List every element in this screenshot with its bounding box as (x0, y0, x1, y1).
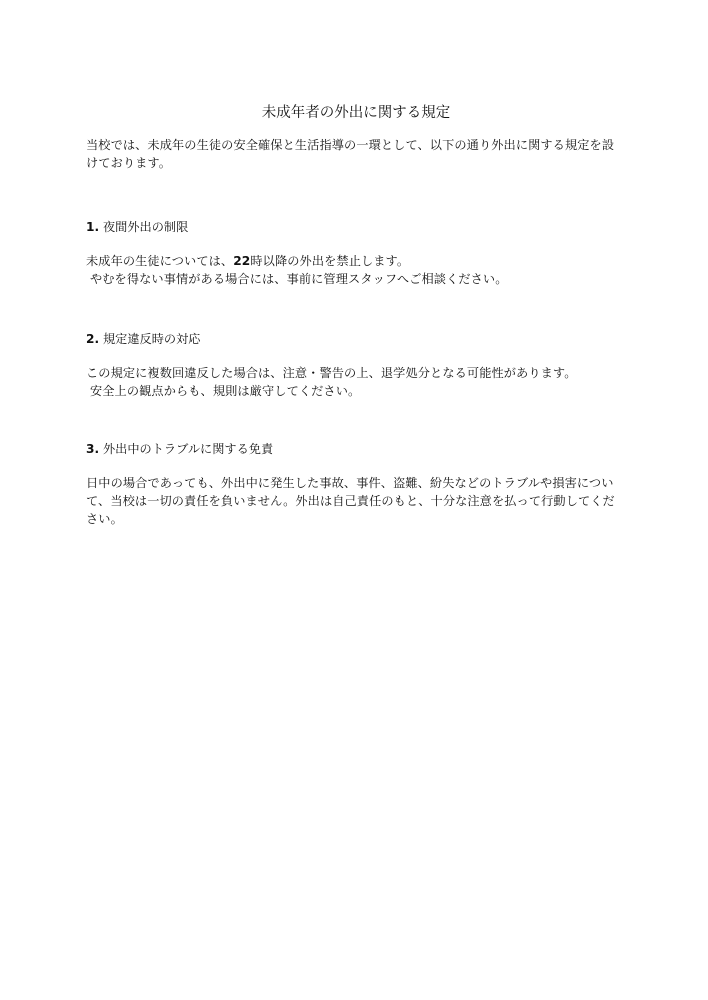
section-number: 2. (86, 332, 99, 346)
section-body: この規定に複数回違反した場合は、注意・警告の上、退学処分となる可能性があります。… (86, 364, 626, 400)
section-heading-text: 夜間外出の制限 (103, 220, 188, 234)
section-line: この規定に複数回違反した場合は、注意・警告の上、退学処分となる可能性があります。 (86, 364, 626, 382)
section-heading: 2. 規定違反時の対応 (86, 330, 626, 348)
section-violation-response: 2. 規定違反時の対応 この規定に複数回違反した場合は、注意・警告の上、退学処分… (86, 330, 626, 400)
section-liability-disclaimer: 3. 外出中のトラブルに関する免責 日中の場合であっても、外出中に発生した事故、… (86, 440, 626, 528)
section-night-outing-restriction: 1. 夜間外出の制限 未成年の生徒については、22時以降の外出を禁止します。 や… (86, 218, 626, 288)
section-body: 未成年の生徒については、22時以降の外出を禁止します。 やむを得ない事情がある場… (86, 252, 626, 288)
document-title: 未成年者の外出に関する規定 (86, 104, 626, 122)
line-text: 時以降の外出を禁止します。 (250, 254, 409, 268)
section-line: 安全上の観点からも、規則は厳守してください。 (86, 382, 626, 400)
section-heading-text: 外出中のトラブルに関する免責 (103, 442, 273, 456)
section-heading: 1. 夜間外出の制限 (86, 218, 626, 236)
curfew-hour: 22 (233, 254, 250, 268)
section-body: 日中の場合であっても、外出中に発生した事故、事件、盗難、紛失などのトラブルや損害… (86, 474, 626, 528)
section-line: やむを得ない事情がある場合には、事前に管理スタッフへご相談ください。 (86, 270, 626, 288)
section-heading-text: 規定違反時の対応 (103, 332, 201, 346)
section-heading: 3. 外出中のトラブルに関する免責 (86, 440, 626, 458)
intro-paragraph: 当校では、未成年の生徒の安全確保と生活指導の一環として、以下の通り外出に関する規… (86, 136, 626, 172)
section-number: 1. (86, 220, 99, 234)
section-number: 3. (86, 442, 99, 456)
line-text: 未成年の生徒については、 (86, 254, 233, 268)
section-line: 未成年の生徒については、22時以降の外出を禁止します。 (86, 252, 626, 270)
